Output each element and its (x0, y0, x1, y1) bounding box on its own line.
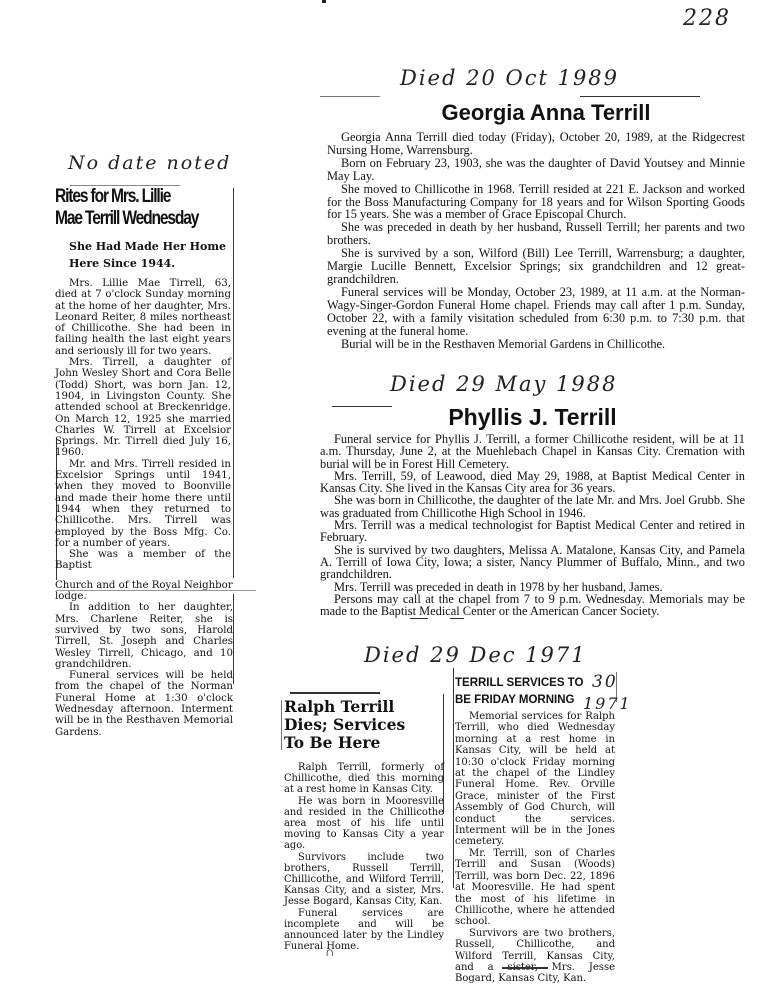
clip-edge (410, 618, 428, 619)
headline: Rites for Mrs. Lillie (55, 186, 221, 208)
column-rule (453, 668, 454, 888)
paragraph: Born on February 23, 1903, she was the d… (327, 157, 745, 183)
clip-edge (320, 96, 380, 97)
paragraph: She moved to Chillicothe in 1968. Terril… (327, 183, 745, 222)
handwritten-note-ralph: Died 29 Dec 1971 (364, 643, 587, 667)
paragraph: He was born in Mooresville and resided i… (284, 796, 444, 852)
paragraph: Mrs. Terrill, 59, of Leawood, died May 2… (320, 470, 745, 495)
paragraph: Persons may call at the chapel from 7 to… (320, 593, 745, 618)
handwritten-note-lillie: No date noted (68, 152, 231, 174)
paragraph: She was born in Chillicothe, the daughte… (320, 494, 745, 519)
paragraph: Survivors include two brothers, Russell … (284, 852, 444, 908)
paragraph: Mrs. Terrill was a medical technologist … (320, 519, 745, 544)
article-terrill-services: TERRILL SERVICES TO BE FRIDAY MORNING Me… (455, 675, 615, 985)
scan-mark (322, 0, 326, 3)
article-lillie-mae-terrill: Rites for Mrs. Lillie Mae Terrill Wednes… (55, 182, 258, 738)
paragraph: She is survived by two daughters, Meliss… (320, 544, 745, 581)
paragraph: Mrs. Lillie Mae Tirrell, 63, died at 7 o… (55, 278, 231, 357)
obituary-title: Georgia Anna Terrill (347, 98, 745, 128)
clip-edge (580, 96, 700, 97)
paragraph: Mrs. Tirrell, a daughter of John Wesley … (55, 357, 231, 459)
paragraph: She was a member of the Baptist (55, 549, 231, 572)
article-ralph-terrill-dies: Ralph Terrill Dies; Services To Be Here … (284, 698, 444, 952)
paragraph: Funeral services will be Monday, October… (327, 286, 745, 338)
paragraph: Mrs. Terrill was preceded in death in 19… (320, 581, 745, 593)
paragraph: Survivors are two brothers, Russell, Chi… (455, 928, 615, 985)
article-georgia-anna-terrill: Georgia Anna Terrill Georgia Anna Terril… (327, 98, 745, 350)
clip-edge (290, 692, 380, 694)
headline: TERRILL SERVICES TO BE FRIDAY MORNING (455, 675, 615, 709)
paragraph: Ralph Terrill, formerly of Chillicothe, … (284, 762, 444, 796)
paragraph: Burial will be in the Resthaven Memorial… (327, 338, 745, 351)
page-number-note: 228 (683, 6, 731, 31)
subheadline: She Had Made Her Home Here Since 1944. (69, 238, 258, 272)
paragraph: In addition to her daughter, Mrs. Charle… (55, 602, 233, 670)
clip-edge (450, 618, 464, 619)
scan-mark: ∩ (325, 944, 334, 960)
obituary-title: Phyllis J. Terrill (320, 402, 745, 432)
paragraph: Funeral services will be held from the c… (55, 670, 233, 738)
headline: Ralph Terrill Dies; Services To Be Here (284, 698, 444, 752)
paragraph: Mr. Terrill, son of Charles Terrill and … (455, 848, 615, 928)
handwritten-note-phyllis: Died 29 May 1988 (390, 372, 618, 396)
handwritten-note-georgia: Died 20 Oct 1989 (400, 66, 619, 90)
paragraph: Mr. and Mrs. Tirrell resided in Excelsio… (55, 459, 231, 549)
paragraph: She was preceded in death by her husband… (327, 221, 745, 247)
article-phyllis-j-terrill: Phyllis J. Terrill Funeral service for P… (320, 402, 745, 617)
headline: Mae Terrill Wednesday (55, 208, 221, 230)
paragraph: She is survived by a son, Wilford (Bill)… (327, 247, 745, 286)
paragraph: Church and of the Royal Neighbor lodge. (55, 580, 233, 603)
clip-edge (502, 967, 548, 969)
paragraph: Memorial services for Ralph Terrill, who… (455, 711, 615, 848)
paragraph: Funeral service for Phyllis J. Terrill, … (320, 433, 745, 470)
paragraph: Georgia Anna Terrill died today (Friday)… (327, 131, 745, 157)
clip-edge (281, 700, 282, 750)
paragraph: Funeral services are incomplete and will… (284, 908, 444, 953)
